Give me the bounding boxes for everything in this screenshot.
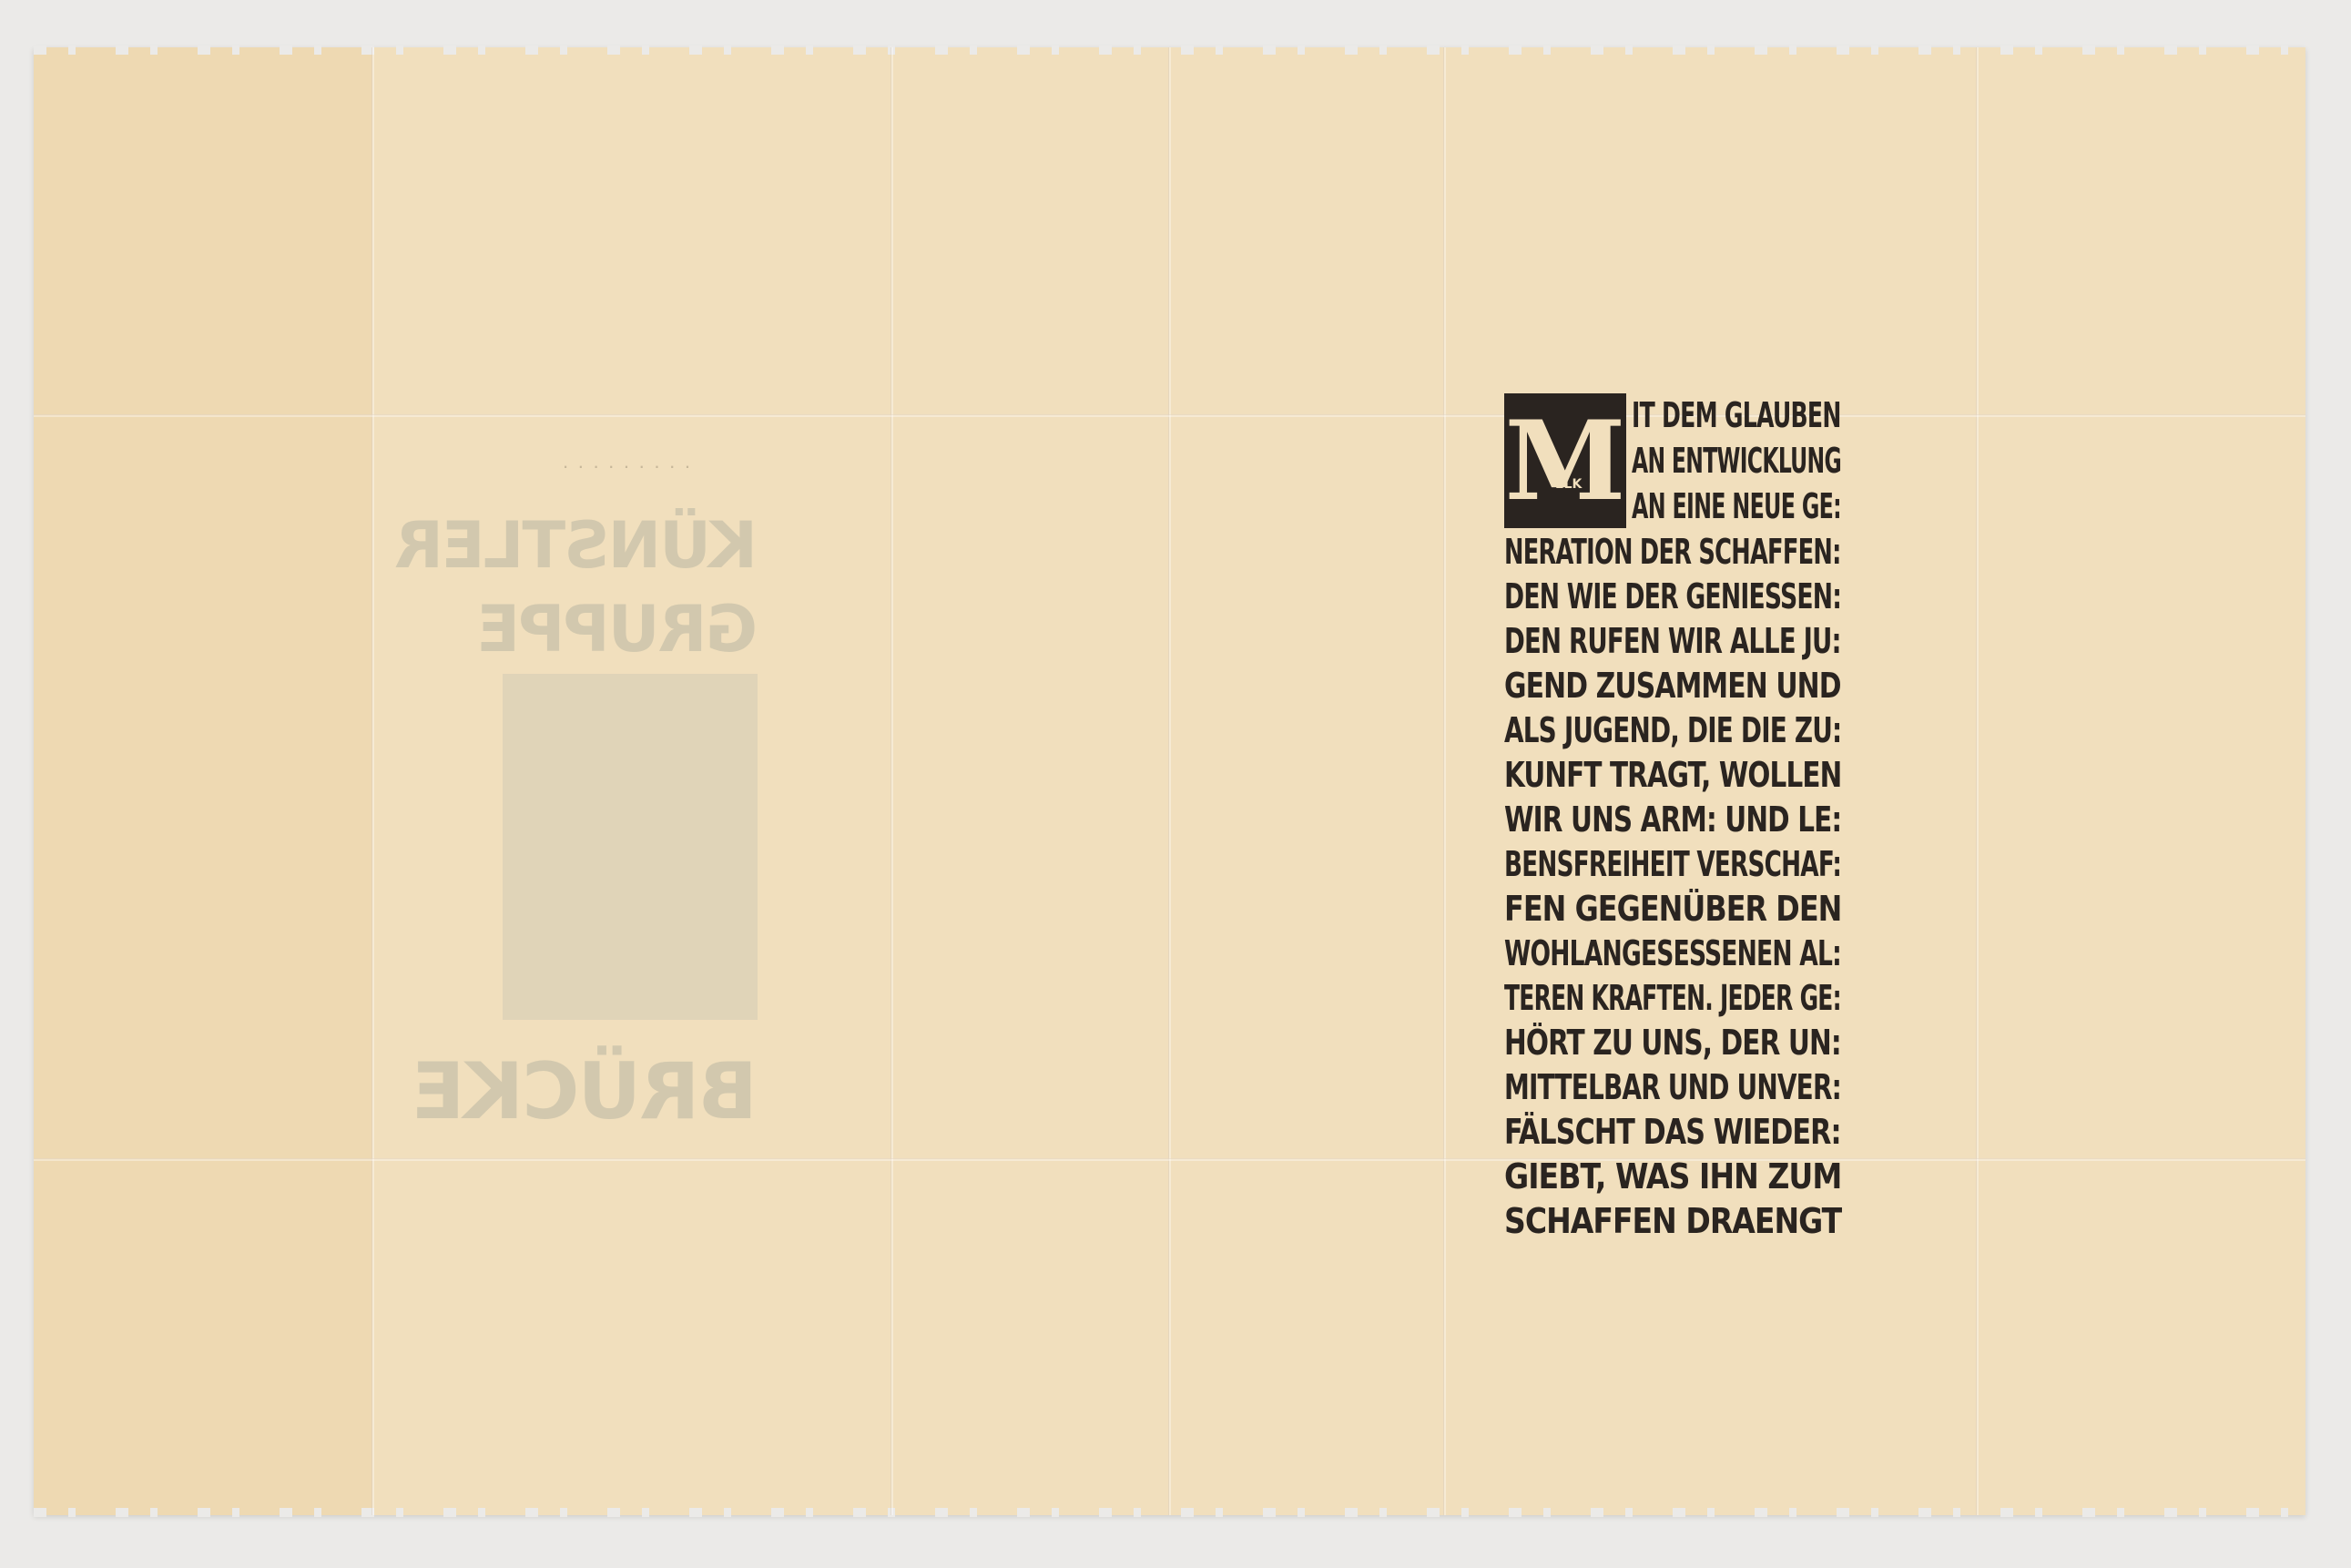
show-through-bruecke: BRÜCKE [413,1053,758,1131]
fold-line-horizontal [34,414,2305,417]
manifesto-line: IT DEM GLAUBEN [1632,395,1786,435]
show-through-small-line: · · · · · · · · · [486,461,763,473]
manifesto-line: AN ENTWICKLUNG [1632,441,1776,481]
manifesto-line: TEREN KRAFTEN. JEDER GE: [1504,978,1750,1018]
manifesto-line: MITTELBAR UND UNVER: [1504,1067,1779,1107]
manifesto-woodcut-block: M ELK IT DEM GLAUBEN AN ENTWICKLUNG AN E… [1504,393,1841,1167]
manifesto-line: FEN GEGENÜBER DEN [1504,889,1818,929]
initial-letter: M [1505,397,1626,525]
manifesto-line: WOHLANGESESSENEN AL: [1504,933,1766,973]
manifesto-line: BENSFREIHEIT VERSCHAF: [1504,844,1763,884]
show-through-gruppe: GRUPPE [478,597,758,661]
manifesto-line: AN EINE NEUE GE: [1632,486,1777,526]
manifesto-line: HÖRT ZU UNS, DER UN: [1504,1023,1796,1063]
show-through-woodcut-image [503,674,758,1020]
manifesto-line: DEN RUFEN WIR ALLE JU: [1504,621,1776,661]
show-through-kuenstler: KÜNSTLER [396,514,758,577]
manifesto-line: GEND ZUSAMMEN UND [1504,666,1798,706]
fold-line-vertical [1976,47,1979,1515]
manifesto-line: GIEBT, WAS IHN ZUM [1504,1156,1830,1196]
manifesto-line: DEN WIE DER GENIESSEN: [1504,576,1766,616]
manifesto-line: ALS JUGEND, DIE DIE ZU: [1504,710,1779,750]
manifesto-line: SCHAFFEN DRAENGT [1504,1201,1829,1241]
show-through-reverse-print: · · · · · · · · · KÜNSTLER GRUPPE BRÜCKE [492,514,758,1151]
manifesto-line: NERATION DER SCHAFFEN: [1504,532,1757,572]
fold-line-horizontal [34,1158,2305,1161]
fold-line-vertical [1443,47,1446,1515]
fold-line-vertical [891,47,893,1515]
artist-monogram: ELK [1555,477,1582,492]
fold-line-vertical [1168,47,1171,1515]
decorated-initial-m: M ELK [1504,393,1626,528]
fold-line-vertical [371,47,374,1515]
manifesto-line: KUNFT TRAGT, WOLLEN [1504,755,1794,795]
manifesto-line: FÄLSCHT DAS WIEDER: [1504,1112,1802,1152]
left-flap-panel [34,47,372,1515]
manifesto-line: WIR UNS ARM: UND LE: [1504,799,1795,840]
folded-paper-sheet: · · · · · · · · · KÜNSTLER GRUPPE BRÜCKE… [34,47,2305,1515]
